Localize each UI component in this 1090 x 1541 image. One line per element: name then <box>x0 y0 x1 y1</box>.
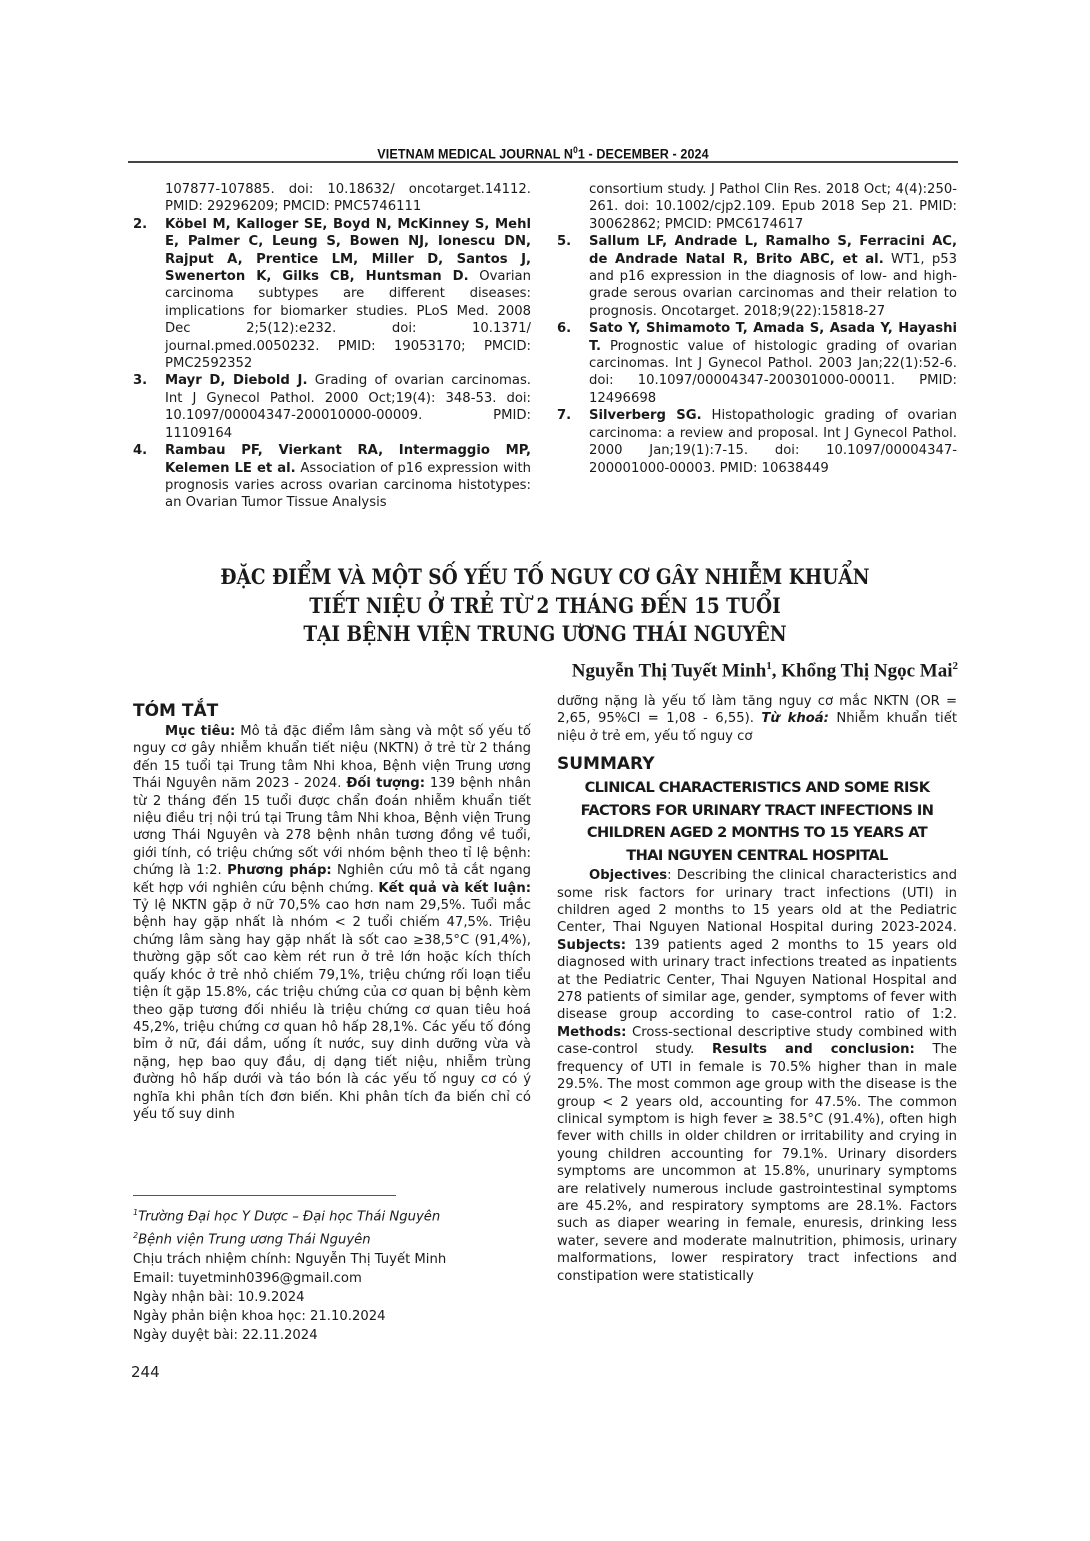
reference-item: 3. Mayr D, Diebold J. Grading of ovarian… <box>133 372 531 442</box>
title-line: TẠI BỆNH VIỆN TRUNG ƯƠNG THÁI NGUYÊN <box>180 620 910 649</box>
reference-number: 5. <box>557 233 571 250</box>
footnote-rule <box>133 1195 396 1196</box>
title-line: TIẾT NIỆU Ở TRẺ TỪ 2 THÁNG ĐẾN 15 TUỔI <box>180 592 910 621</box>
abstract-english-column: dưỡng nặng là yếu tố làm tăng nguy cơ mắ… <box>557 693 957 1285</box>
reference-item: 4. Rambau PF, Vierkant RA, Intermaggio M… <box>133 442 531 512</box>
issue-date: 1 - DECEMBER - 2024 <box>578 147 709 162</box>
reference-continuation: 107877-107885. doi: 10.18632/ oncotarget… <box>133 181 531 216</box>
reference-number: 6. <box>557 320 571 337</box>
corresponding-author: Chịu trách nhiệm chính: Nguyễn Thị Tuyết… <box>133 1250 533 1269</box>
received-date: Ngày nhận bài: 10.9.2024 <box>133 1288 533 1307</box>
running-header: VIETNAM MEDICAL JOURNAL N01 - DECEMBER -… <box>157 145 929 162</box>
reference-authors: Silverberg SG. <box>589 408 702 423</box>
abstract-vietnamese: TÓM TẮT Mục tiêu: Mô tả đặc điểm lâm sàn… <box>133 700 531 1123</box>
reference-number: 4. <box>133 442 147 459</box>
reference-authors: Mayr D, Diebold J. <box>165 373 307 388</box>
footnotes: 1Trường Đại học Y Dược – Đại học Thái Ng… <box>133 1203 533 1345</box>
references-right-column: consortium study. J Pathol Clin Res. 201… <box>557 181 957 477</box>
title-line: ĐẶC ĐIỂM VÀ MỘT SỐ YẾU TỐ NGUY CƠ GÂY NH… <box>180 563 910 592</box>
article-title: ĐẶC ĐIỂM VÀ MỘT SỐ YẾU TỐ NGUY CƠ GÂY NH… <box>180 563 910 649</box>
abstract-paragraph: Mục tiêu: Mô tả đặc điểm lâm sàng và một… <box>133 723 531 1123</box>
english-title: CLINICAL CHARACTERISTICS AND SOME RISK F… <box>557 777 957 867</box>
keywords-label: Từ khoá: <box>761 711 829 726</box>
page-number: 244 <box>131 1363 160 1381</box>
references-left-column: 107877-107885. doi: 10.18632/ oncotarget… <box>133 181 531 512</box>
reference-continuation: consortium study. J Pathol Clin Res. 201… <box>557 181 957 233</box>
abstract-continuation: dưỡng nặng là yếu tố làm tăng nguy cơ mắ… <box>557 693 957 745</box>
review-date: Ngày phản biện khoa học: 21.10.2024 <box>133 1307 533 1326</box>
reference-text: Prognostic value of histologic grading o… <box>589 339 957 406</box>
reference-text: Ovarian carcinoma subtypes are different… <box>165 269 531 371</box>
journal-page: VIETNAM MEDICAL JOURNAL N01 - DECEMBER -… <box>0 0 1090 1541</box>
accepted-date: Ngày duyệt bài: 22.11.2024 <box>133 1326 533 1345</box>
affiliation-2: 2Bệnh viện Trung ương Thái Nguyên <box>133 1226 533 1249</box>
email: Email: tuyetminh0396@gmail.com <box>133 1269 533 1288</box>
reference-item: 6. Sato Y, Shimamoto T, Amada S, Asada Y… <box>557 320 957 407</box>
section-heading: SUMMARY <box>557 753 957 775</box>
header-rule <box>128 161 958 163</box>
summary-paragraph: Objectives: Describing the clinical char… <box>557 867 957 1285</box>
journal-name: VIETNAM MEDICAL JOURNAL N <box>377 147 573 162</box>
affiliation-1: 1Trường Đại học Y Dược – Đại học Thái Ng… <box>133 1203 533 1226</box>
author-name: Khổng Thị Ngọc Mai <box>781 660 952 681</box>
section-heading: TÓM TẮT <box>133 700 531 722</box>
author-name: Nguyễn Thị Tuyết Minh <box>572 660 766 681</box>
reference-number: 2. <box>133 216 147 233</box>
reference-number: 3. <box>133 372 147 389</box>
reference-number: 7. <box>557 407 571 424</box>
author-list: Nguyễn Thị Tuyết Minh1, Khổng Thị Ngọc M… <box>572 660 958 682</box>
reference-item: 2. Köbel M, Kalloger SE, Boyd N, McKinne… <box>133 216 531 373</box>
reference-item: 5. Sallum LF, Andrade L, Ramalho S, Ferr… <box>557 233 957 320</box>
reference-item: 7. Silverberg SG. Histopathologic gradin… <box>557 407 957 477</box>
